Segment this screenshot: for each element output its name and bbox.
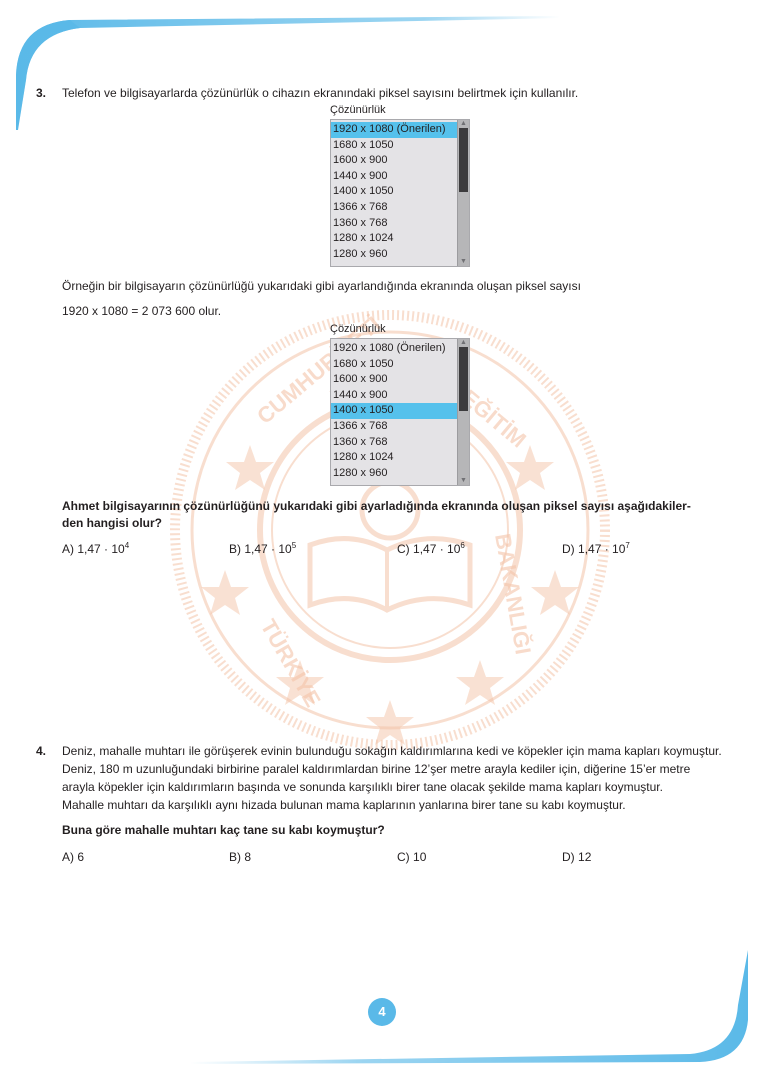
listbox-option[interactable]: 1440 x 900	[331, 169, 457, 185]
listbox-option[interactable]: 1360 x 768	[331, 435, 457, 451]
resolution-listbox-1[interactable]: 1920 x 1080 (Önerilen)1680 x 10501600 x …	[330, 119, 470, 267]
option-b[interactable]: B) 1,47 · 105	[229, 542, 296, 556]
resolution-label: Çözünürlük	[330, 323, 470, 338]
listbox-option[interactable]: 1920 x 1080 (Önerilen)	[331, 341, 457, 357]
listbox-option[interactable]: 1280 x 960	[331, 247, 457, 263]
question-4-prompt: Buna göre mahalle muhtarı kaç tane su ka…	[62, 821, 385, 839]
resolution-listbox-2[interactable]: 1920 x 1080 (Önerilen)1680 x 10501600 x …	[330, 338, 470, 486]
listbox-option[interactable]: 1280 x 1024	[331, 231, 457, 247]
scrollbar-thumb[interactable]	[459, 128, 468, 192]
scroll-up-arrow-icon[interactable]: ▲	[458, 120, 469, 128]
question-4-line-3: arayla köpekler için kaldırımların başın…	[62, 778, 663, 796]
question-4-line-4: Mahalle muhtarı da karşılıklı aynı hizad…	[62, 796, 626, 814]
listbox-option[interactable]: 1360 x 768	[331, 216, 457, 232]
resolution-label: Çözünürlük	[330, 104, 470, 119]
listbox-option[interactable]: 1680 x 1050	[331, 357, 457, 373]
scroll-up-arrow-icon[interactable]: ▲	[458, 339, 469, 347]
question-3-options: A) 1,47 · 104 B) 1,47 · 105 C) 1,47 · 10…	[62, 542, 742, 560]
resolution-listbox-1-group: Çözünürlük 1920 x 1080 (Önerilen)1680 x …	[330, 104, 470, 267]
listbox-scrollbar[interactable]: ▲ ▼	[457, 120, 469, 266]
option-a[interactable]: A) 1,47 · 104	[62, 542, 129, 556]
option-d[interactable]: D) 12	[562, 850, 591, 864]
listbox-option[interactable]: 1440 x 900	[331, 388, 457, 404]
option-d[interactable]: D) 1,47 · 107	[562, 542, 630, 556]
question-3-prompt-line-1: Ahmet bilgisayarının çözünürlüğünü yukar…	[62, 497, 691, 515]
question-4-line-1: Deniz, mahalle muhtarı ile görüşerek evi…	[62, 742, 722, 760]
listbox-option[interactable]: 1400 x 1050	[331, 403, 457, 419]
question-3-number: 3.	[36, 86, 46, 100]
listbox-option[interactable]: 1680 x 1050	[331, 138, 457, 154]
listbox-option[interactable]: 1366 x 768	[331, 419, 457, 435]
listbox-option[interactable]: 1366 x 768	[331, 200, 457, 216]
page-number-badge: 4	[368, 998, 396, 1026]
example-text-line-2: 1920 x 1080 = 2 073 600 olur.	[62, 302, 221, 320]
scroll-down-arrow-icon[interactable]: ▼	[458, 477, 469, 485]
svg-text:TÜRKİYE: TÜRKİYE	[256, 615, 326, 711]
listbox-option[interactable]: 1600 x 900	[331, 372, 457, 388]
resolution-listbox-2-group: Çözünürlük 1920 x 1080 (Önerilen)1680 x …	[330, 323, 470, 486]
option-a[interactable]: A) 6	[62, 850, 84, 864]
scroll-down-arrow-icon[interactable]: ▼	[458, 258, 469, 266]
option-b[interactable]: B) 8	[229, 850, 251, 864]
example-text-line-1: Örneğin bir bilgisayarın çözünürlüğü yuk…	[62, 277, 581, 295]
listbox-option[interactable]: 1400 x 1050	[331, 184, 457, 200]
option-c[interactable]: C) 1,47 · 106	[397, 542, 465, 556]
question-4-line-2: Deniz, 180 m uzunluğundaki birbirine par…	[62, 760, 690, 778]
listbox-option[interactable]: 1920 x 1080 (Önerilen)	[331, 122, 457, 138]
question-4-number: 4.	[36, 744, 46, 758]
question-3-prompt-line-2: den hangisi olur?	[62, 514, 162, 532]
question-4-options: A) 6 B) 8 C) 10 D) 12	[62, 850, 742, 868]
listbox-option[interactable]: 1280 x 1024	[331, 450, 457, 466]
listbox-scrollbar[interactable]: ▲ ▼	[457, 339, 469, 485]
question-3-intro: Telefon ve bilgisayarlarda çözünürlük o …	[62, 84, 578, 102]
option-c[interactable]: C) 10	[397, 850, 426, 864]
scrollbar-thumb[interactable]	[459, 347, 468, 411]
listbox-option[interactable]: 1280 x 960	[331, 466, 457, 482]
listbox-option[interactable]: 1600 x 900	[331, 153, 457, 169]
